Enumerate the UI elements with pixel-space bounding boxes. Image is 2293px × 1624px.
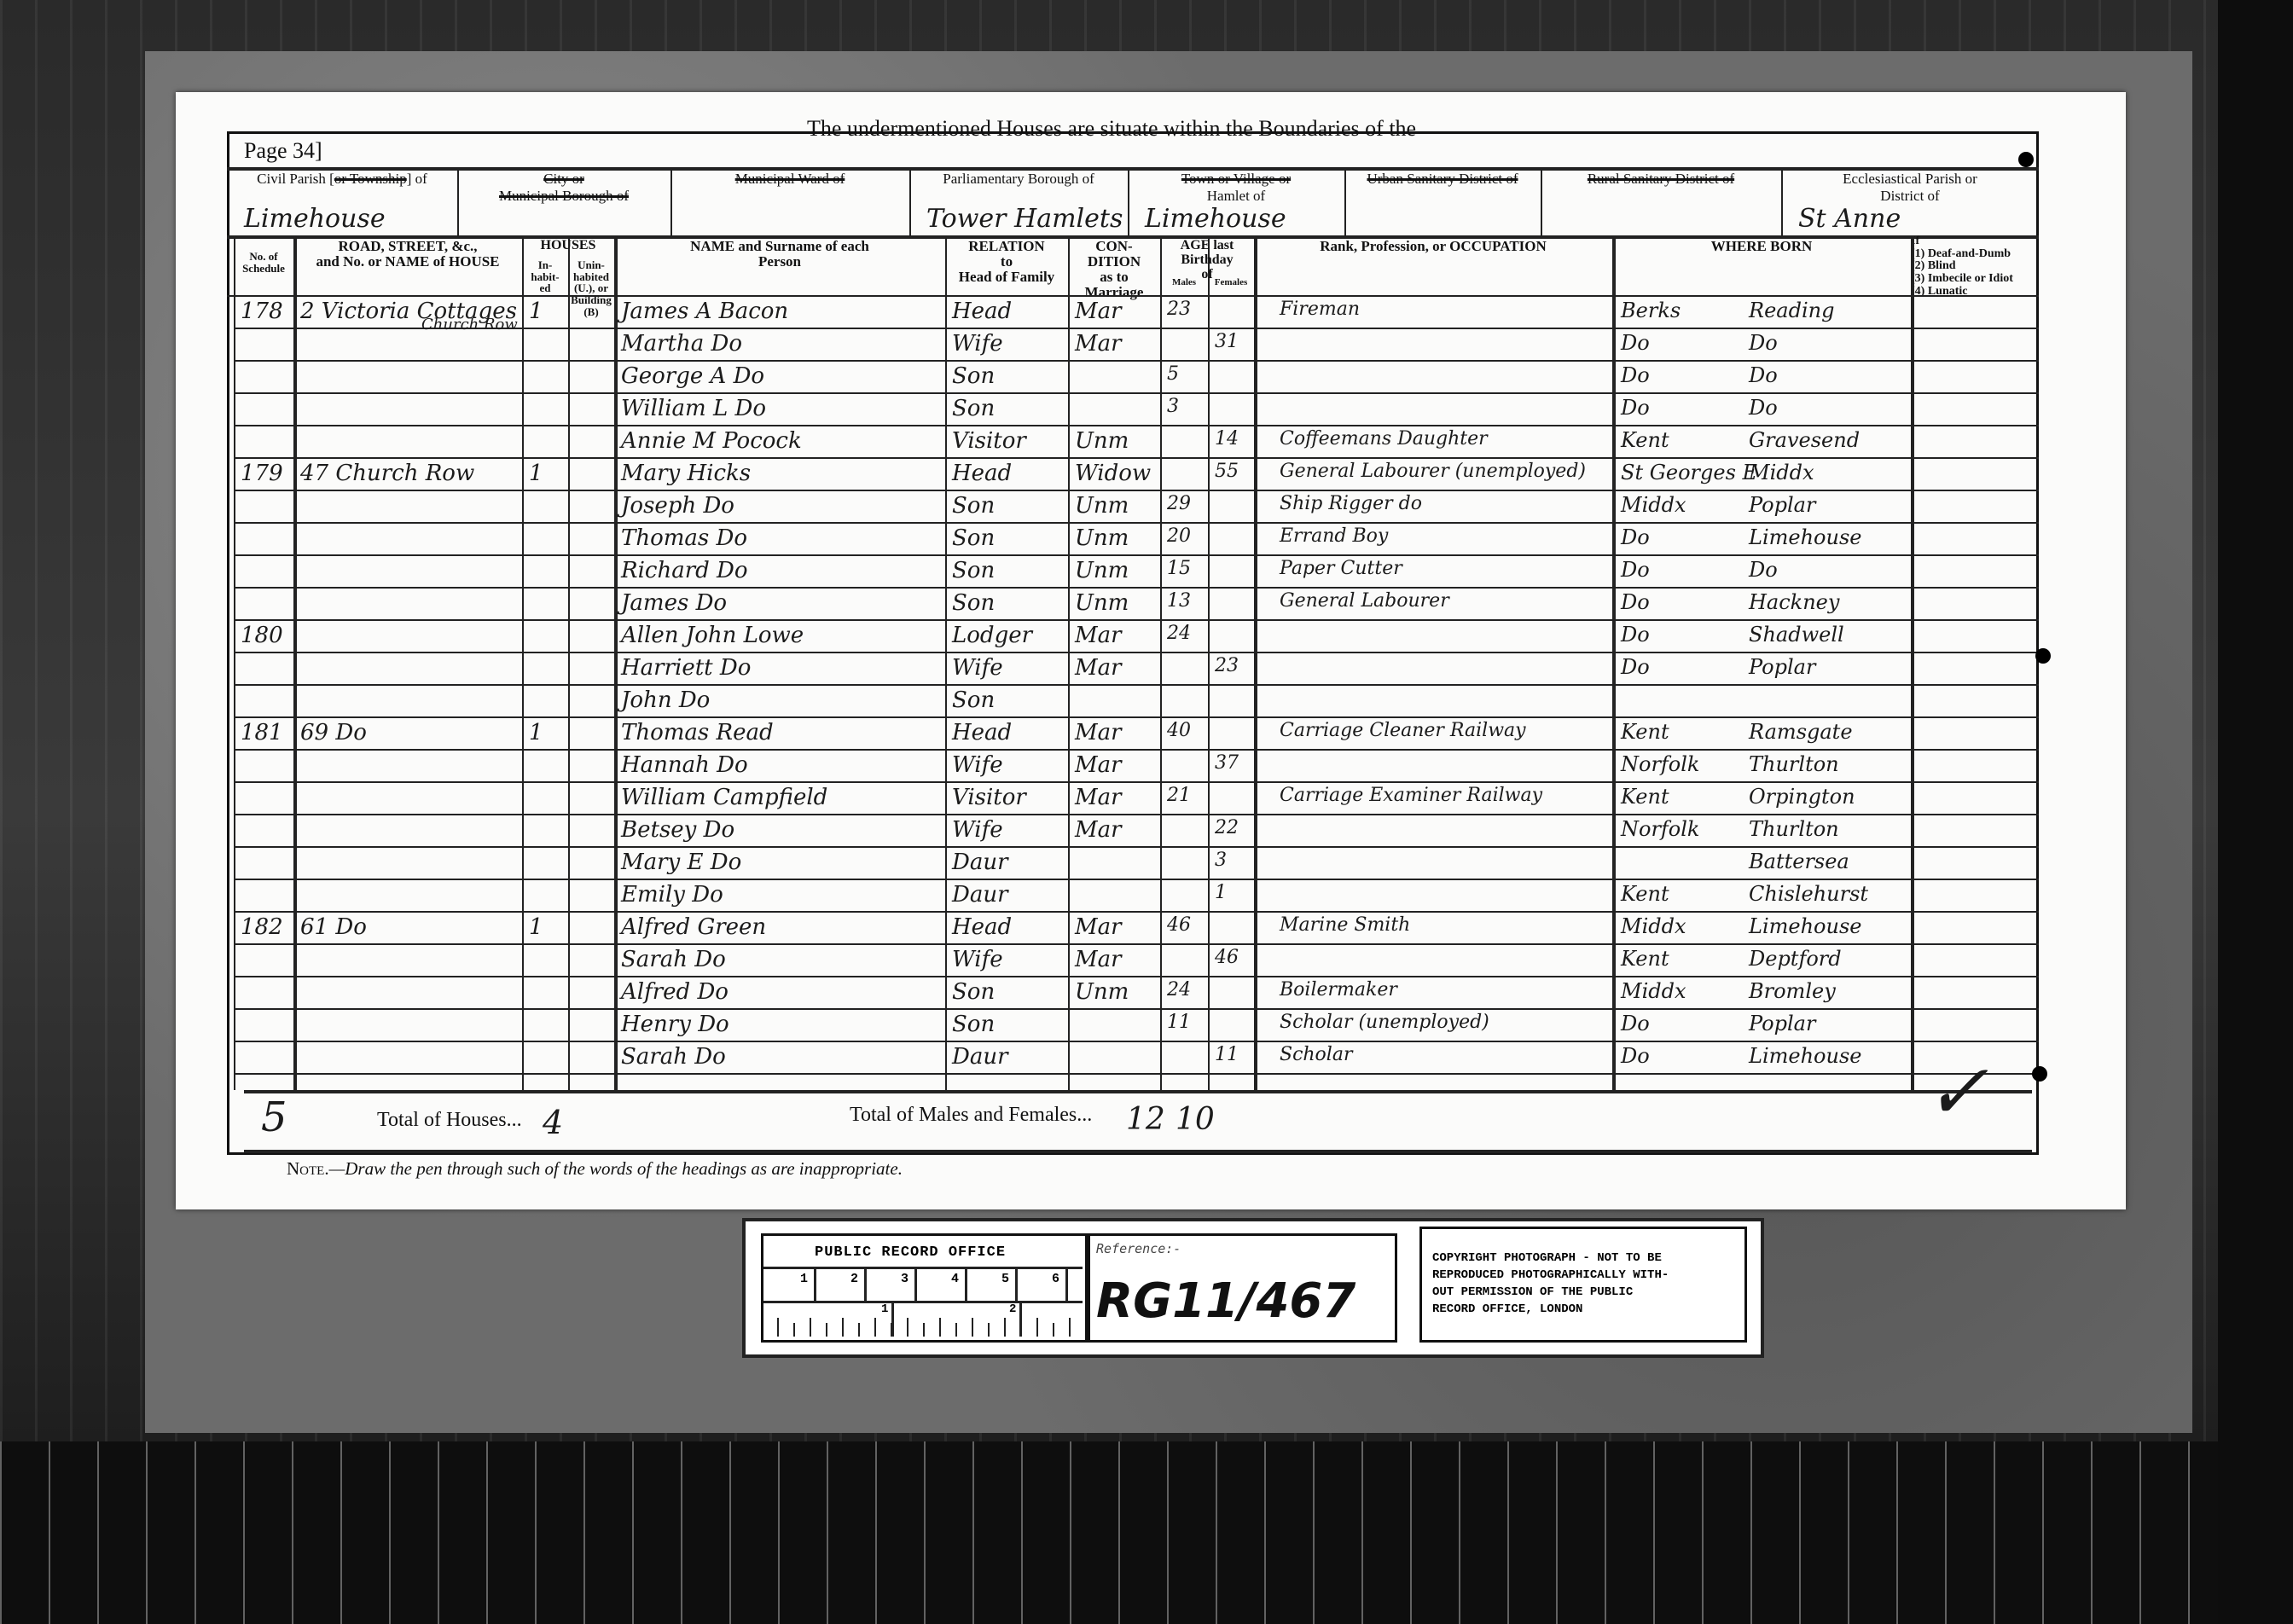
film-edge-right <box>2218 0 2293 1624</box>
ruler-minor-tick <box>988 1323 990 1337</box>
cell-born-county: Kent <box>1621 785 1669 809</box>
cell-condition: Unm <box>1075 428 1129 454</box>
ruler-tick <box>864 1267 867 1301</box>
cell-occupation: Marine Smith <box>1280 914 1410 936</box>
column-header-inhabited: In-habit-ed <box>522 259 568 294</box>
ruler-minor-tick <box>1004 1318 1006 1337</box>
boundary-label: Urban Sanitary District of <box>1350 171 1535 188</box>
ruler-minor-tick <box>793 1323 795 1337</box>
ruler-minor-tick <box>907 1318 908 1337</box>
public-record-office-label: PUBLIC RECORD OFFICE 12345612 Reference:… <box>742 1218 1764 1358</box>
cell-male-age: 5 <box>1167 363 1179 385</box>
boundary-field: Ecclesiastical Parish orDistrict ofSt An… <box>1781 167 2039 235</box>
census-row: William L DoSon3DoDo <box>176 394 2039 426</box>
ruler-minor-tick <box>1020 1323 1022 1337</box>
cell-inhabited: 1 <box>529 914 543 940</box>
census-row: 17947 Church Row1Mary HicksHeadWidow55Ge… <box>176 459 2039 491</box>
cell-name: James A Bacon <box>621 299 788 324</box>
boundary-label: Rural Sanitary District of <box>1546 171 1776 188</box>
cell-male-age: 46 <box>1167 914 1191 936</box>
cell-female-age: 14 <box>1215 428 1239 449</box>
cell-road: 47 Church Row <box>300 461 474 486</box>
cell-relation: Son <box>952 525 995 551</box>
boundary-value: St Anne <box>1798 204 1901 234</box>
census-row: Sarah DoWifeMar46KentDeptford <box>176 945 2039 977</box>
ruler-minor-tick <box>826 1323 827 1337</box>
cell-name: Emily Do <box>621 882 723 908</box>
cell-name: Harriett Do <box>621 655 751 681</box>
reference-box: Reference:- RG11/467 <box>1085 1233 1397 1343</box>
total-schedules: 5 <box>261 1093 287 1141</box>
cell-male-age: 15 <box>1167 558 1191 579</box>
census-row: 18169 Do1Thomas ReadHeadMar40Carriage Cl… <box>176 718 2039 751</box>
census-row: Richard DoSonUnm15Paper CutterDoDo <box>176 556 2039 589</box>
cell-born-county: Do <box>1621 363 1650 387</box>
cell-born-place: Shadwell <box>1749 623 1844 647</box>
cell-schedule: 181 <box>241 720 283 745</box>
column-header-schedule: No. ofSchedule <box>234 251 293 274</box>
census-row: Alfred DoSonUnm24BoilermakerMiddxBromley <box>176 977 2039 1010</box>
ruler-label-in: 2 <box>1009 1302 1016 1316</box>
ruler-tick <box>1015 1267 1018 1301</box>
cell-name: Betsey Do <box>621 817 734 843</box>
ruler-label-cm: 3 <box>901 1272 908 1286</box>
cell-road: 2 Victoria Cottages <box>300 299 517 324</box>
column-header-road: ROAD, STREET, &c.,and No. or NAME of HOU… <box>293 239 522 270</box>
ruler-minor-tick <box>842 1318 844 1337</box>
cell-born-place: Reading <box>1749 299 1834 322</box>
cell-relation: Daur <box>952 1044 1008 1070</box>
cell-road: 61 Do <box>300 914 367 940</box>
ruler-minor-tick <box>777 1318 779 1337</box>
cell-condition: Unm <box>1075 525 1129 551</box>
cell-condition: Mar <box>1075 752 1122 778</box>
cell-relation: Lodger <box>952 623 1032 648</box>
column-header-condition: CON-DITIONas toMarriage <box>1068 239 1160 299</box>
cell-name: Mary Hicks <box>621 461 751 486</box>
rule <box>1128 167 1129 235</box>
ruler-label-cm: 5 <box>1001 1272 1009 1286</box>
cell-born-place: Chislehurst <box>1749 882 1868 906</box>
rule <box>244 1150 2032 1153</box>
cell-born-place: Limehouse <box>1749 1044 1861 1068</box>
cell-male-age: 20 <box>1167 525 1191 547</box>
cell-born-county: Do <box>1621 1012 1650 1035</box>
cell-born-county: Norfolk <box>1621 752 1699 776</box>
cell-born-place: Bromley <box>1749 979 1836 1003</box>
cell-relation: Head <box>952 461 1012 486</box>
cell-born-place: Poplar <box>1749 655 1815 679</box>
ruler-minor-tick <box>955 1323 957 1337</box>
cell-born-county: Norfolk <box>1621 817 1699 841</box>
copyright-box: COPYRIGHT PHOTOGRAPH - NOT TO BEREPRODUC… <box>1419 1227 1747 1343</box>
office-name: PUBLIC RECORD OFFICE <box>815 1244 1006 1261</box>
cell-born-place: Thurlton <box>1749 817 1839 841</box>
cell-male-age: 24 <box>1167 623 1191 644</box>
census-row: Hannah DoWifeMar37NorfolkThurlton <box>176 751 2039 783</box>
census-row: John DoSon <box>176 686 2039 718</box>
cell-female-age: 31 <box>1215 331 1239 352</box>
column-header-age: AGE lastBirthdayof <box>1160 239 1254 281</box>
cell-name: George A Do <box>621 363 764 389</box>
cell-occupation: General Labourer (unemployed) <box>1280 461 1586 482</box>
cell-born-county: Do <box>1621 623 1650 647</box>
binding-hole <box>2032 1066 2047 1082</box>
cell-inhabited: 1 <box>529 299 543 324</box>
cell-born-county: Do <box>1621 655 1650 679</box>
rule <box>670 167 672 235</box>
column-header-infirmity: If(1) Deaf-and-Dumb(2) Blind(3) Imbecile… <box>1911 235 2039 298</box>
cell-relation: Son <box>952 979 995 1005</box>
cell-relation: Daur <box>952 882 1008 908</box>
cell-condition: Unm <box>1075 558 1129 583</box>
cell-occupation: Boilermaker <box>1280 979 1397 1000</box>
copyright-notice: COPYRIGHT PHOTOGRAPH - NOT TO BEREPRODUC… <box>1432 1250 1669 1318</box>
cell-name: Hannah Do <box>621 752 748 778</box>
boundary-label: Parliamentary Borough of <box>914 171 1123 188</box>
cell-name: Henry Do <box>621 1012 729 1037</box>
boundary-label: Civil Parish [or Township] of <box>232 171 452 188</box>
cell-name: James Do <box>621 590 727 616</box>
cell-schedule: 180 <box>241 623 283 648</box>
page-number: Page 34] <box>244 138 322 164</box>
cell-name: Thomas Read <box>621 720 774 745</box>
rule <box>763 1301 1083 1303</box>
ruler-label-cm: 6 <box>1052 1272 1059 1286</box>
cell-born-place: Do <box>1749 363 1778 387</box>
cell-born-county: Middx <box>1621 979 1686 1003</box>
binding-hole <box>2018 152 2034 167</box>
cell-inhabited: 1 <box>529 720 543 745</box>
cell-born-county: Kent <box>1621 947 1669 971</box>
cell-name: Thomas Do <box>621 525 747 551</box>
cell-female-age: 22 <box>1215 817 1239 838</box>
reference-number: RG11/467 <box>1096 1273 1355 1329</box>
cell-schedule: 179 <box>241 461 283 486</box>
cell-occupation: Carriage Cleaner Railway <box>1280 720 1526 741</box>
cell-born-county: Middx <box>1621 493 1686 517</box>
cell-male-age: 24 <box>1167 979 1191 1000</box>
copyright-line: RECORD OFFICE, LONDON <box>1432 1301 1669 1318</box>
census-row: Emily DoDaur1KentChislehurst <box>176 880 2039 913</box>
rule <box>1344 167 1346 235</box>
boundary-label: Municipal Ward of <box>676 171 904 188</box>
ruler-label-cm: 4 <box>951 1272 959 1286</box>
cell-born-place: Do <box>1749 396 1778 420</box>
rule <box>1541 167 1542 235</box>
cell-name: William Campfield <box>621 785 827 810</box>
cell-relation: Head <box>952 299 1012 324</box>
copyright-line: COPYRIGHT PHOTOGRAPH - NOT TO BE <box>1432 1250 1669 1267</box>
boundary-field: Civil Parish [or Township] ofLimehouse <box>227 167 457 235</box>
cell-relation: Son <box>952 558 995 583</box>
cell-born-place: Poplar <box>1749 493 1815 517</box>
rule <box>909 167 911 235</box>
ruler-tick <box>1065 1267 1068 1301</box>
rule <box>457 167 459 235</box>
ruler-minor-tick <box>1036 1318 1038 1337</box>
total-houses-value: 4 <box>543 1104 563 1141</box>
cell-road: 69 Do <box>300 720 367 745</box>
cell-condition: Mar <box>1075 817 1122 843</box>
cell-occupation: Coffeemans Daughter <box>1280 428 1488 449</box>
total-persons-label: Total of Males and Females... <box>850 1104 1092 1127</box>
cell-born-place: Thurlton <box>1749 752 1839 776</box>
ruler-tick <box>814 1267 816 1301</box>
cell-occupation: Carriage Examiner Railway <box>1280 785 1542 806</box>
boundary-label: Ecclesiastical Parish orDistrict of <box>1786 171 2034 205</box>
census-row: Annie M PocockVisitorUnm14Coffeemans Dau… <box>176 426 2039 459</box>
cell-condition: Unm <box>1075 979 1129 1005</box>
cell-relation: Visitor <box>952 428 1026 454</box>
cell-relation: Son <box>952 687 995 713</box>
ruler-minor-tick <box>858 1323 860 1337</box>
cell-female-age: 3 <box>1215 850 1227 871</box>
cell-born-county: Do <box>1621 525 1650 549</box>
cell-male-age: 13 <box>1167 590 1191 612</box>
form-title: The undermentioned Houses are situate wi… <box>807 116 1416 142</box>
census-row: Martha DoWifeMar31DoDo <box>176 329 2039 362</box>
cell-condition: Mar <box>1075 947 1122 972</box>
cell-relation: Son <box>952 363 995 389</box>
cell-born-place: Ramsgate <box>1749 720 1853 744</box>
cell-relation: Son <box>952 493 995 519</box>
cell-female-age: 11 <box>1215 1044 1239 1065</box>
cell-born-place: Battersea <box>1749 850 1849 873</box>
cell-born-place: Hackney <box>1749 590 1839 614</box>
cell-relation: Visitor <box>952 785 1026 810</box>
column-header-relation: RELATIONtoHead of Family <box>945 239 1068 285</box>
cell-male-age: 29 <box>1167 493 1191 514</box>
ruler-minor-tick <box>810 1318 811 1337</box>
cell-occupation: Scholar <box>1280 1044 1352 1065</box>
census-row: George A DoSon5DoDo <box>176 362 2039 394</box>
cell-occupation: Ship Rigger do <box>1280 493 1422 514</box>
cell-female-age: 23 <box>1215 655 1239 676</box>
ruler-minor-tick <box>874 1318 876 1337</box>
cell-born-place: Poplar <box>1749 1012 1815 1035</box>
cell-condition: Widow <box>1075 461 1151 486</box>
cell-name: Mary E Do <box>621 850 741 875</box>
boundary-field: Town or Village orHamlet ofLimehouse <box>1128 167 1344 235</box>
cell-relation: Son <box>952 1012 995 1037</box>
total-males-value: 12 <box>1126 1102 1165 1137</box>
ruler-minor-tick <box>1069 1318 1071 1337</box>
ruler-minor-tick <box>939 1318 941 1337</box>
cell-occupation: Paper Cutter <box>1280 558 1402 579</box>
cell-relation: Son <box>952 590 995 616</box>
cell-male-age: 40 <box>1167 720 1191 741</box>
cell-condition: Mar <box>1075 720 1122 745</box>
cell-name: William L Do <box>621 396 766 421</box>
cell-relation: Wife <box>952 331 1003 357</box>
cell-relation: Wife <box>952 655 1003 681</box>
note-label: Note. <box>287 1158 329 1179</box>
cell-male-age: 23 <box>1167 299 1191 320</box>
cell-born-county: Berks <box>1621 299 1681 322</box>
cell-relation: Wife <box>952 817 1003 843</box>
binding-hole <box>2035 648 2051 664</box>
column-header-name: NAME and Surname of eachPerson <box>614 239 945 270</box>
cell-female-age: 37 <box>1215 752 1239 774</box>
note-text: —Draw the pen through such of the words … <box>329 1158 903 1179</box>
ruler-minor-tick <box>972 1318 973 1337</box>
cell-relation: Head <box>952 914 1012 940</box>
total-houses-label: Total of Houses... <box>377 1109 522 1132</box>
cell-condition: Mar <box>1075 655 1122 681</box>
cell-condition: Unm <box>1075 590 1129 616</box>
ruler-minor-tick <box>1053 1323 1054 1337</box>
cell-relation: Wife <box>952 947 1003 972</box>
cell-name: Alfred Do <box>621 979 729 1005</box>
census-page: Page 34] The undermentioned Houses are s… <box>176 92 2126 1209</box>
cell-occupation: Scholar (unemployed) <box>1280 1012 1489 1033</box>
ruler-label-cm: 1 <box>800 1272 808 1286</box>
cell-male-age: 3 <box>1167 396 1179 417</box>
cell-condition: Unm <box>1075 493 1129 519</box>
cell-name: Martha Do <box>621 331 742 357</box>
boundary-field: Parliamentary Borough ofTower Hamlets <box>909 167 1128 235</box>
cell-born-county: Kent <box>1621 882 1669 906</box>
census-row: 18261 Do1Alfred GreenHeadMar46Marine Smi… <box>176 913 2039 945</box>
cell-born-place: Middx <box>1749 461 1814 484</box>
boundary-field: City orMunicipal Borough of <box>457 167 670 235</box>
cell-born-place: Gravesend <box>1749 428 1860 452</box>
cell-born-county: Do <box>1621 396 1650 420</box>
cell-born-county: Do <box>1621 331 1650 355</box>
cell-condition: Mar <box>1075 331 1122 357</box>
reference-label: Reference:- <box>1096 1241 1181 1256</box>
census-row: Betsey DoWifeMar22NorfolkThurlton <box>176 815 2039 848</box>
cell-relation: Wife <box>952 752 1003 778</box>
cell-born-county: Middx <box>1621 914 1686 938</box>
cell-born-county: Do <box>1621 558 1650 582</box>
film-edge-band <box>0 1441 2293 1624</box>
rule <box>244 1090 2032 1093</box>
cell-born-place: Orpington <box>1749 785 1855 809</box>
cell-born-place: Limehouse <box>1749 525 1861 549</box>
census-row: 178Church Row2 Victoria Cottages1James A… <box>176 297 2039 329</box>
cell-relation: Daur <box>952 850 1008 875</box>
cell-occupation: Errand Boy <box>1280 525 1388 547</box>
cell-name: Alfred Green <box>621 914 766 940</box>
cell-schedule: 182 <box>241 914 283 940</box>
rule <box>763 1267 1083 1269</box>
cell-name: John Do <box>621 687 710 713</box>
census-row: William CampfieldVisitorMar21Carriage Ex… <box>176 783 2039 815</box>
cell-name: Sarah Do <box>621 1044 726 1070</box>
ruler-tick <box>914 1267 917 1301</box>
ruler-label-cm: 2 <box>850 1272 858 1286</box>
boundary-label: City orMunicipal Borough of <box>462 171 665 205</box>
column-header-houses: HOUSES <box>522 239 614 253</box>
census-row: Mary E DoDaur3Battersea <box>176 848 2039 880</box>
cell-male-age: 21 <box>1167 785 1191 806</box>
cell-female-age: 46 <box>1215 947 1239 968</box>
enumerator-checkmark: ✓ <box>1924 1047 1988 1137</box>
cell-name: Annie M Pocock <box>621 428 802 454</box>
cell-condition: Mar <box>1075 914 1122 940</box>
boundary-value: Limehouse <box>244 204 386 234</box>
cell-occupation: General Labourer <box>1280 590 1449 612</box>
cell-born-county: Do <box>1621 1044 1650 1068</box>
cell-born-county: St Georges E <box>1621 461 1757 484</box>
cell-condition: Mar <box>1075 785 1122 810</box>
cell-condition: Mar <box>1075 299 1122 324</box>
ruler-box: PUBLIC RECORD OFFICE 12345612 <box>761 1233 1090 1343</box>
boundary-value: Tower Hamlets <box>926 204 1123 234</box>
cell-schedule: 178 <box>241 299 283 324</box>
cell-name: Allen John Lowe <box>621 623 804 648</box>
column-header-occupation: Rank, Profession, or OCCUPATION <box>1254 239 1612 254</box>
cell-relation: Son <box>952 396 995 421</box>
cell-born-place: Do <box>1749 331 1778 355</box>
cell-inhabited: 1 <box>529 461 543 486</box>
census-row: 180Allen John LoweLodgerMar24DoShadwell <box>176 621 2039 653</box>
cell-name: Richard Do <box>621 558 748 583</box>
census-row: Henry DoSon11Scholar (unemployed)DoPopla… <box>176 1010 2039 1042</box>
copyright-line: OUT PERMISSION OF THE PUBLIC <box>1432 1284 1669 1301</box>
ruler-label-in: 1 <box>881 1302 888 1316</box>
boundary-field: Rural Sanitary District of <box>1541 167 1781 235</box>
cell-male-age: 11 <box>1167 1012 1191 1033</box>
census-row: Sarah DoDaur11ScholarDoLimehouse <box>176 1042 2039 1075</box>
row-rule <box>234 1073 2039 1075</box>
cell-born-place: Limehouse <box>1749 914 1861 938</box>
ruler-minor-tick <box>923 1323 925 1337</box>
total-females-value: 10 <box>1176 1102 1215 1137</box>
cell-born-place: Deptford <box>1749 947 1842 971</box>
cell-female-age: 55 <box>1215 461 1239 482</box>
ruler-tick <box>965 1267 967 1301</box>
boundary-label: Town or Village orHamlet of <box>1133 171 1339 205</box>
cell-occupation: Fireman <box>1280 299 1360 320</box>
rule <box>1781 167 1783 235</box>
cell-female-age: 1 <box>1215 882 1227 903</box>
boundary-field: Municipal Ward of <box>670 167 909 235</box>
census-row: Thomas DoSonUnm20Errand BoyDoLimehouse <box>176 524 2039 556</box>
cell-name: Sarah Do <box>621 947 726 972</box>
census-row: James DoSonUnm13General LabourerDoHackne… <box>176 589 2039 621</box>
boundary-value: Limehouse <box>1145 204 1286 234</box>
cell-name: Joseph Do <box>621 493 734 519</box>
cell-condition: Mar <box>1075 623 1122 648</box>
column-header-where-born: WHERE BORN <box>1612 239 1911 254</box>
boundary-field: Urban Sanitary District of <box>1344 167 1541 235</box>
census-row: Joseph DoSonUnm29Ship Rigger doMiddxPopl… <box>176 491 2039 524</box>
census-row: Harriett DoWifeMar23DoPoplar <box>176 653 2039 686</box>
copyright-line: REPRODUCED PHOTOGRAPHICALLY WITH- <box>1432 1267 1669 1284</box>
cell-born-county: Do <box>1621 590 1650 614</box>
cell-born-county: Kent <box>1621 720 1669 744</box>
cell-born-place: Do <box>1749 558 1778 582</box>
cell-relation: Head <box>952 720 1012 745</box>
form-note: Note.—Draw the pen through such of the w… <box>287 1158 903 1180</box>
cell-born-county: Kent <box>1621 428 1669 452</box>
ruler-minor-tick <box>891 1323 892 1337</box>
